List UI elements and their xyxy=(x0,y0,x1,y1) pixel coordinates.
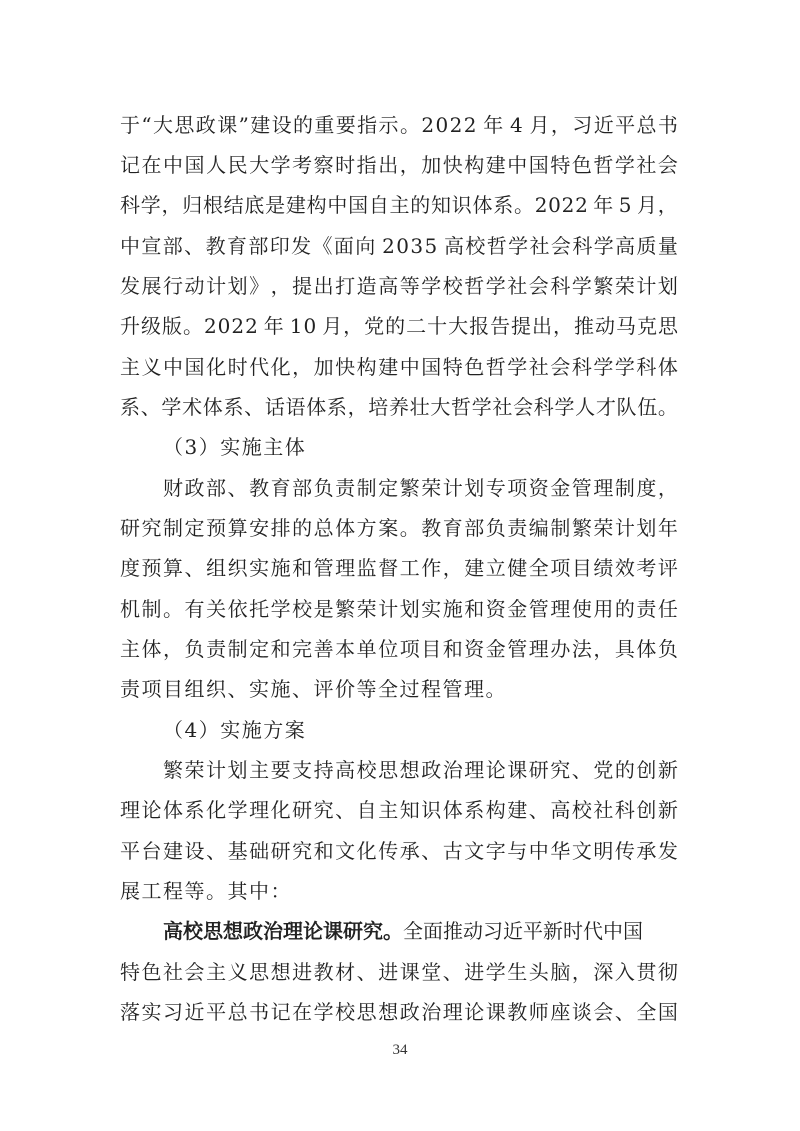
text-segment: 全面推动习近平新时代中国 xyxy=(403,919,643,943)
text-line: 平台建设、基础研究和文化传承、古文字与中华文明传承发 xyxy=(120,836,678,866)
text-line: 财政部、教育部负责制定繁荣计划专项资金管理制度， xyxy=(163,473,678,503)
bold-lead-text: 高校思想政治理论课研究。 xyxy=(163,919,403,943)
text-line: 发展行动计划》，提出打造高等学校哲学社会科学繁荣计划 xyxy=(120,271,678,301)
text-line: 中宣部、教育部印发《面向 2035 高校哲学社会科学高质量 xyxy=(120,231,678,261)
text-line: 度预算、组织实施和管理监督工作，建立健全项目绩效考评 xyxy=(120,553,678,583)
text-line: 记在中国人民大学考察时指出，加快构建中国特色哲学社会 xyxy=(120,150,678,180)
page-number: 34 xyxy=(0,1040,800,1060)
text-line-with-bold-lead: 高校思想政治理论课研究。全面推动习近平新时代中国 xyxy=(163,916,678,946)
text-line: 主体，负责制定和完善本单位项目和资金管理办法，具体负 xyxy=(120,634,678,664)
text-line: 主义中国化时代化，加快构建中国特色哲学社会科学学科体 xyxy=(120,352,678,382)
text-line: 于“大思政课”建设的重要指示。2022 年 4 月，习近平总书 xyxy=(120,110,678,140)
text-line: 理论体系化学理化研究、自主知识体系构建、高校社科创新 xyxy=(120,795,678,825)
text-line: 升级版。2022 年 10 月，党的二十大报告提出，推动马克思 xyxy=(120,311,678,341)
section-heading-implementation-plan: （4）实施方案 xyxy=(163,715,678,745)
text-line: 特色社会主义思想进教材、进课堂、进学生头脑，深入贯彻 xyxy=(120,957,678,987)
document-page: 于“大思政课”建设的重要指示。2022 年 4 月，习近平总书 记在中国人民大学… xyxy=(0,0,800,1131)
text-line: 系、学术体系、话语体系，培养壮大哲学社会科学人才队伍。 xyxy=(120,392,678,422)
section-heading-implementing-body: （3）实施主体 xyxy=(163,432,678,462)
text-line: 研究制定预算安排的总体方案。教育部负责编制繁荣计划年 xyxy=(120,513,678,543)
text-line: 责项目组织、实施、评价等全过程管理。 xyxy=(120,674,678,704)
text-line: 落实习近平总书记在学校思想政治理论课教师座谈会、全国 xyxy=(120,997,678,1027)
text-line: 机制。有关依托学校是繁荣计划实施和资金管理使用的责任 xyxy=(120,594,678,624)
text-line: 展工程等。其中： xyxy=(120,876,678,906)
text-line: 科学，归根结底是建构中国自主的知识体系。2022 年 5 月， xyxy=(120,190,678,220)
text-line: 繁荣计划主要支持高校思想政治理论课研究、党的创新 xyxy=(163,755,678,785)
